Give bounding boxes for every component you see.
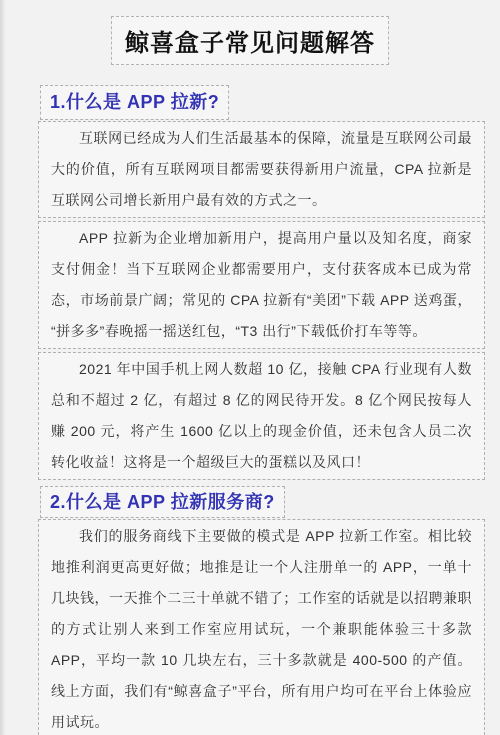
section-1-paragraph-1: 互联网已经成为人们生活最基本的保障，流量是互联网公司最大的价值，所有互联网项目都… xyxy=(38,121,485,218)
page-title: 鲸喜盒子常见问题解答 xyxy=(111,16,389,65)
section-2-paragraph-1: 我们的服务商线下主要做的模式是 APP 拉新工作室。相比较地推利润更高更好做；地… xyxy=(38,519,485,735)
section-1-paragraph-2: APP 拉新为企业增加新用户，提高用户量以及知名度，商家支付佣金！当下互联网企业… xyxy=(38,221,485,349)
title-row: 鲸喜盒子常见问题解答 xyxy=(0,0,500,65)
section-1-paragraph-3: 2021 年中国手机上网人数超 10 亿，接触 CPA 行业现有人数总和不超过 … xyxy=(38,352,485,480)
faq-document-page: 鲸喜盒子常见问题解答 1.什么是 APP 拉新? 互联网已经成为人们生活最基本的… xyxy=(0,0,500,735)
section-1-heading-row: 1.什么是 APP 拉新? xyxy=(40,85,500,120)
section-2-heading-row: 2.什么是 APP 拉新服务商? xyxy=(40,486,500,518)
left-edge-shade xyxy=(0,0,6,735)
section-2-heading: 2.什么是 APP 拉新服务商? xyxy=(40,486,285,518)
section-1-heading: 1.什么是 APP 拉新? xyxy=(40,85,229,120)
